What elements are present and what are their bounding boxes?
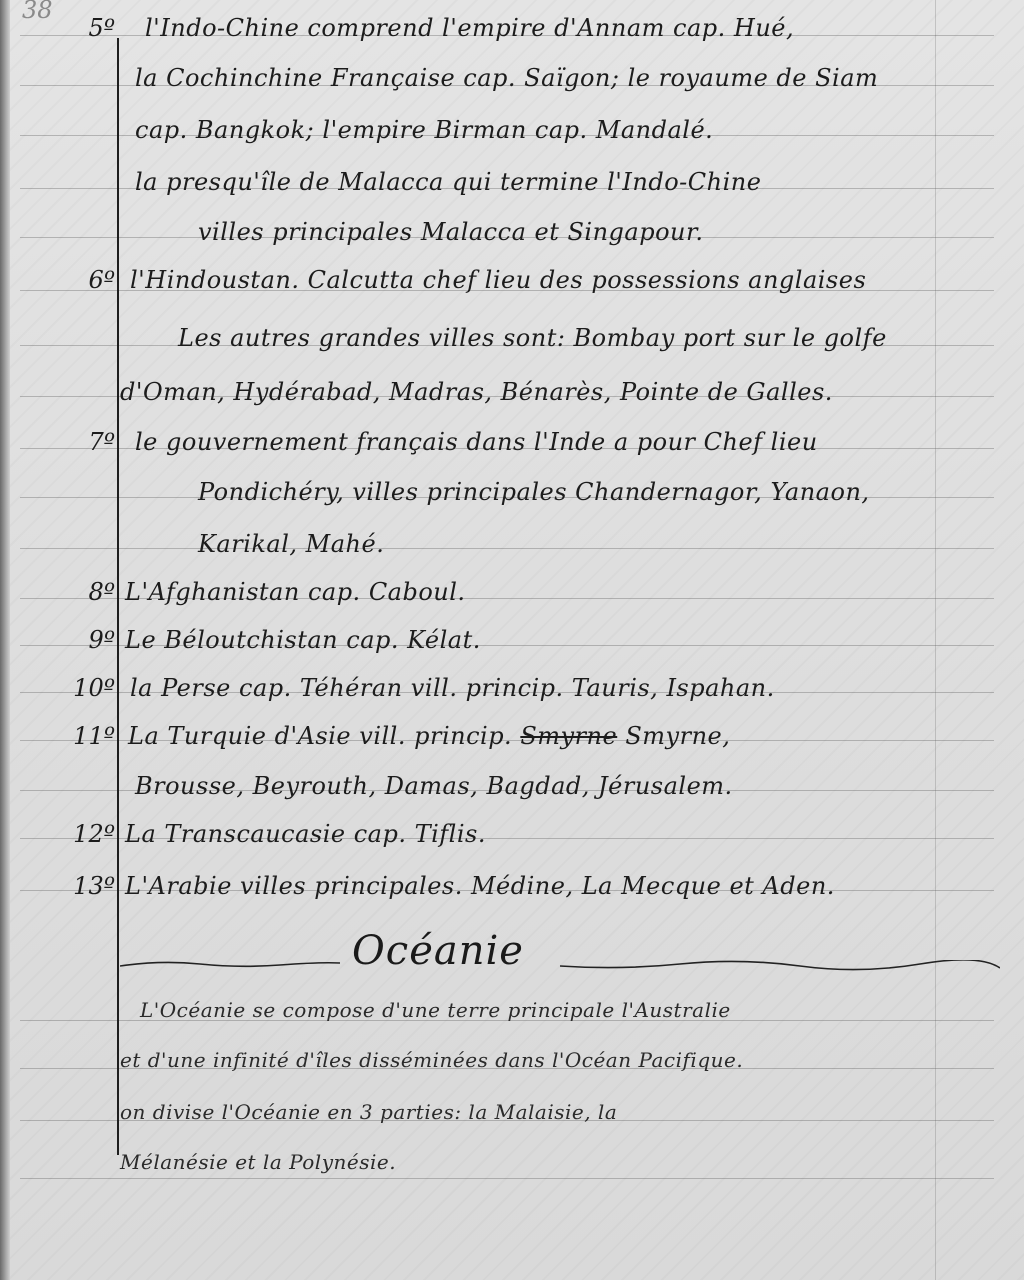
- entry-number: 13º: [10, 872, 115, 900]
- ruled-line: [20, 548, 994, 549]
- entry-line: Karikal, Mahé.: [198, 530, 384, 558]
- flourish-left-icon: [120, 958, 340, 970]
- entry-line: la presqu'île de Malacca qui termine l'I…: [135, 168, 761, 196]
- entry-line: le gouvernement français dans l'Inde a p…: [135, 428, 818, 456]
- right-margin-rule: [935, 0, 936, 1280]
- entry-line: d'Oman, Hydérabad, Madras, Bénarès, Poin…: [120, 378, 833, 406]
- entry-line: L'Afghanistan cap. Caboul.: [125, 578, 466, 606]
- entry-number: 12º: [10, 820, 115, 848]
- entry-line: Le Béloutchistan cap. Kélat.: [125, 626, 481, 654]
- entry-number: 8º: [10, 578, 115, 606]
- entry-text: Smyrne,: [625, 722, 730, 750]
- entry-number: 6º: [10, 266, 115, 294]
- entry-line: L'Arabie villes principales. Médine, La …: [125, 872, 835, 900]
- entry-number: 11º: [10, 722, 115, 750]
- entry-number: 9º: [10, 626, 115, 654]
- entry-line: Les autres grandes villes sont: Bombay p…: [178, 324, 887, 352]
- entry-number: 10º: [10, 674, 115, 702]
- entry-line: Brousse, Beyrouth, Damas, Bagdad, Jérusa…: [135, 772, 733, 800]
- entry-line: la Cochinchine Française cap. Saïgon; le…: [135, 64, 878, 92]
- margin-rule: [117, 38, 119, 1155]
- entry-line: l'Indo-Chine comprend l'empire d'Annam c…: [145, 14, 794, 42]
- struck-out-word: Smyrne: [520, 722, 617, 750]
- entry-line-with-correction: La Turquie d'Asie vill. princip. Smyrne …: [128, 722, 730, 750]
- entry-number: 5º: [10, 14, 115, 42]
- entry-line: l'Hindoustan. Calcutta chef lieu des pos…: [130, 266, 866, 294]
- entry-number: 7º: [10, 428, 115, 456]
- entry-line: la Perse cap. Téhéran vill. princip. Tau…: [130, 674, 775, 702]
- paragraph-line: on divise l'Océanie en 3 parties: la Mal…: [120, 1100, 617, 1124]
- notebook-page: 38 5º l'Indo-Chine comprend l'empire d'A…: [0, 0, 1024, 1280]
- entry-text: La Turquie d'Asie vill. princip.: [128, 722, 512, 750]
- section-heading: Océanie: [352, 928, 524, 974]
- entry-line: villes principales Malacca et Singapour.: [198, 218, 703, 246]
- flourish-right-icon: [560, 960, 1000, 972]
- paragraph-line: L'Océanie se compose d'une terre princip…: [140, 998, 731, 1022]
- entry-line: La Transcaucasie cap. Tiflis.: [125, 820, 486, 848]
- ruled-line: [20, 1178, 994, 1179]
- paragraph-line: et d'une infinité d'îles disséminées dan…: [120, 1048, 743, 1072]
- binding-edge: [0, 0, 10, 1280]
- entry-line: Pondichéry, villes principales Chanderna…: [198, 478, 870, 506]
- paragraph-line: Mélanésie et la Polynésie.: [120, 1150, 396, 1174]
- entry-line: cap. Bangkok; l'empire Birman cap. Manda…: [135, 116, 713, 144]
